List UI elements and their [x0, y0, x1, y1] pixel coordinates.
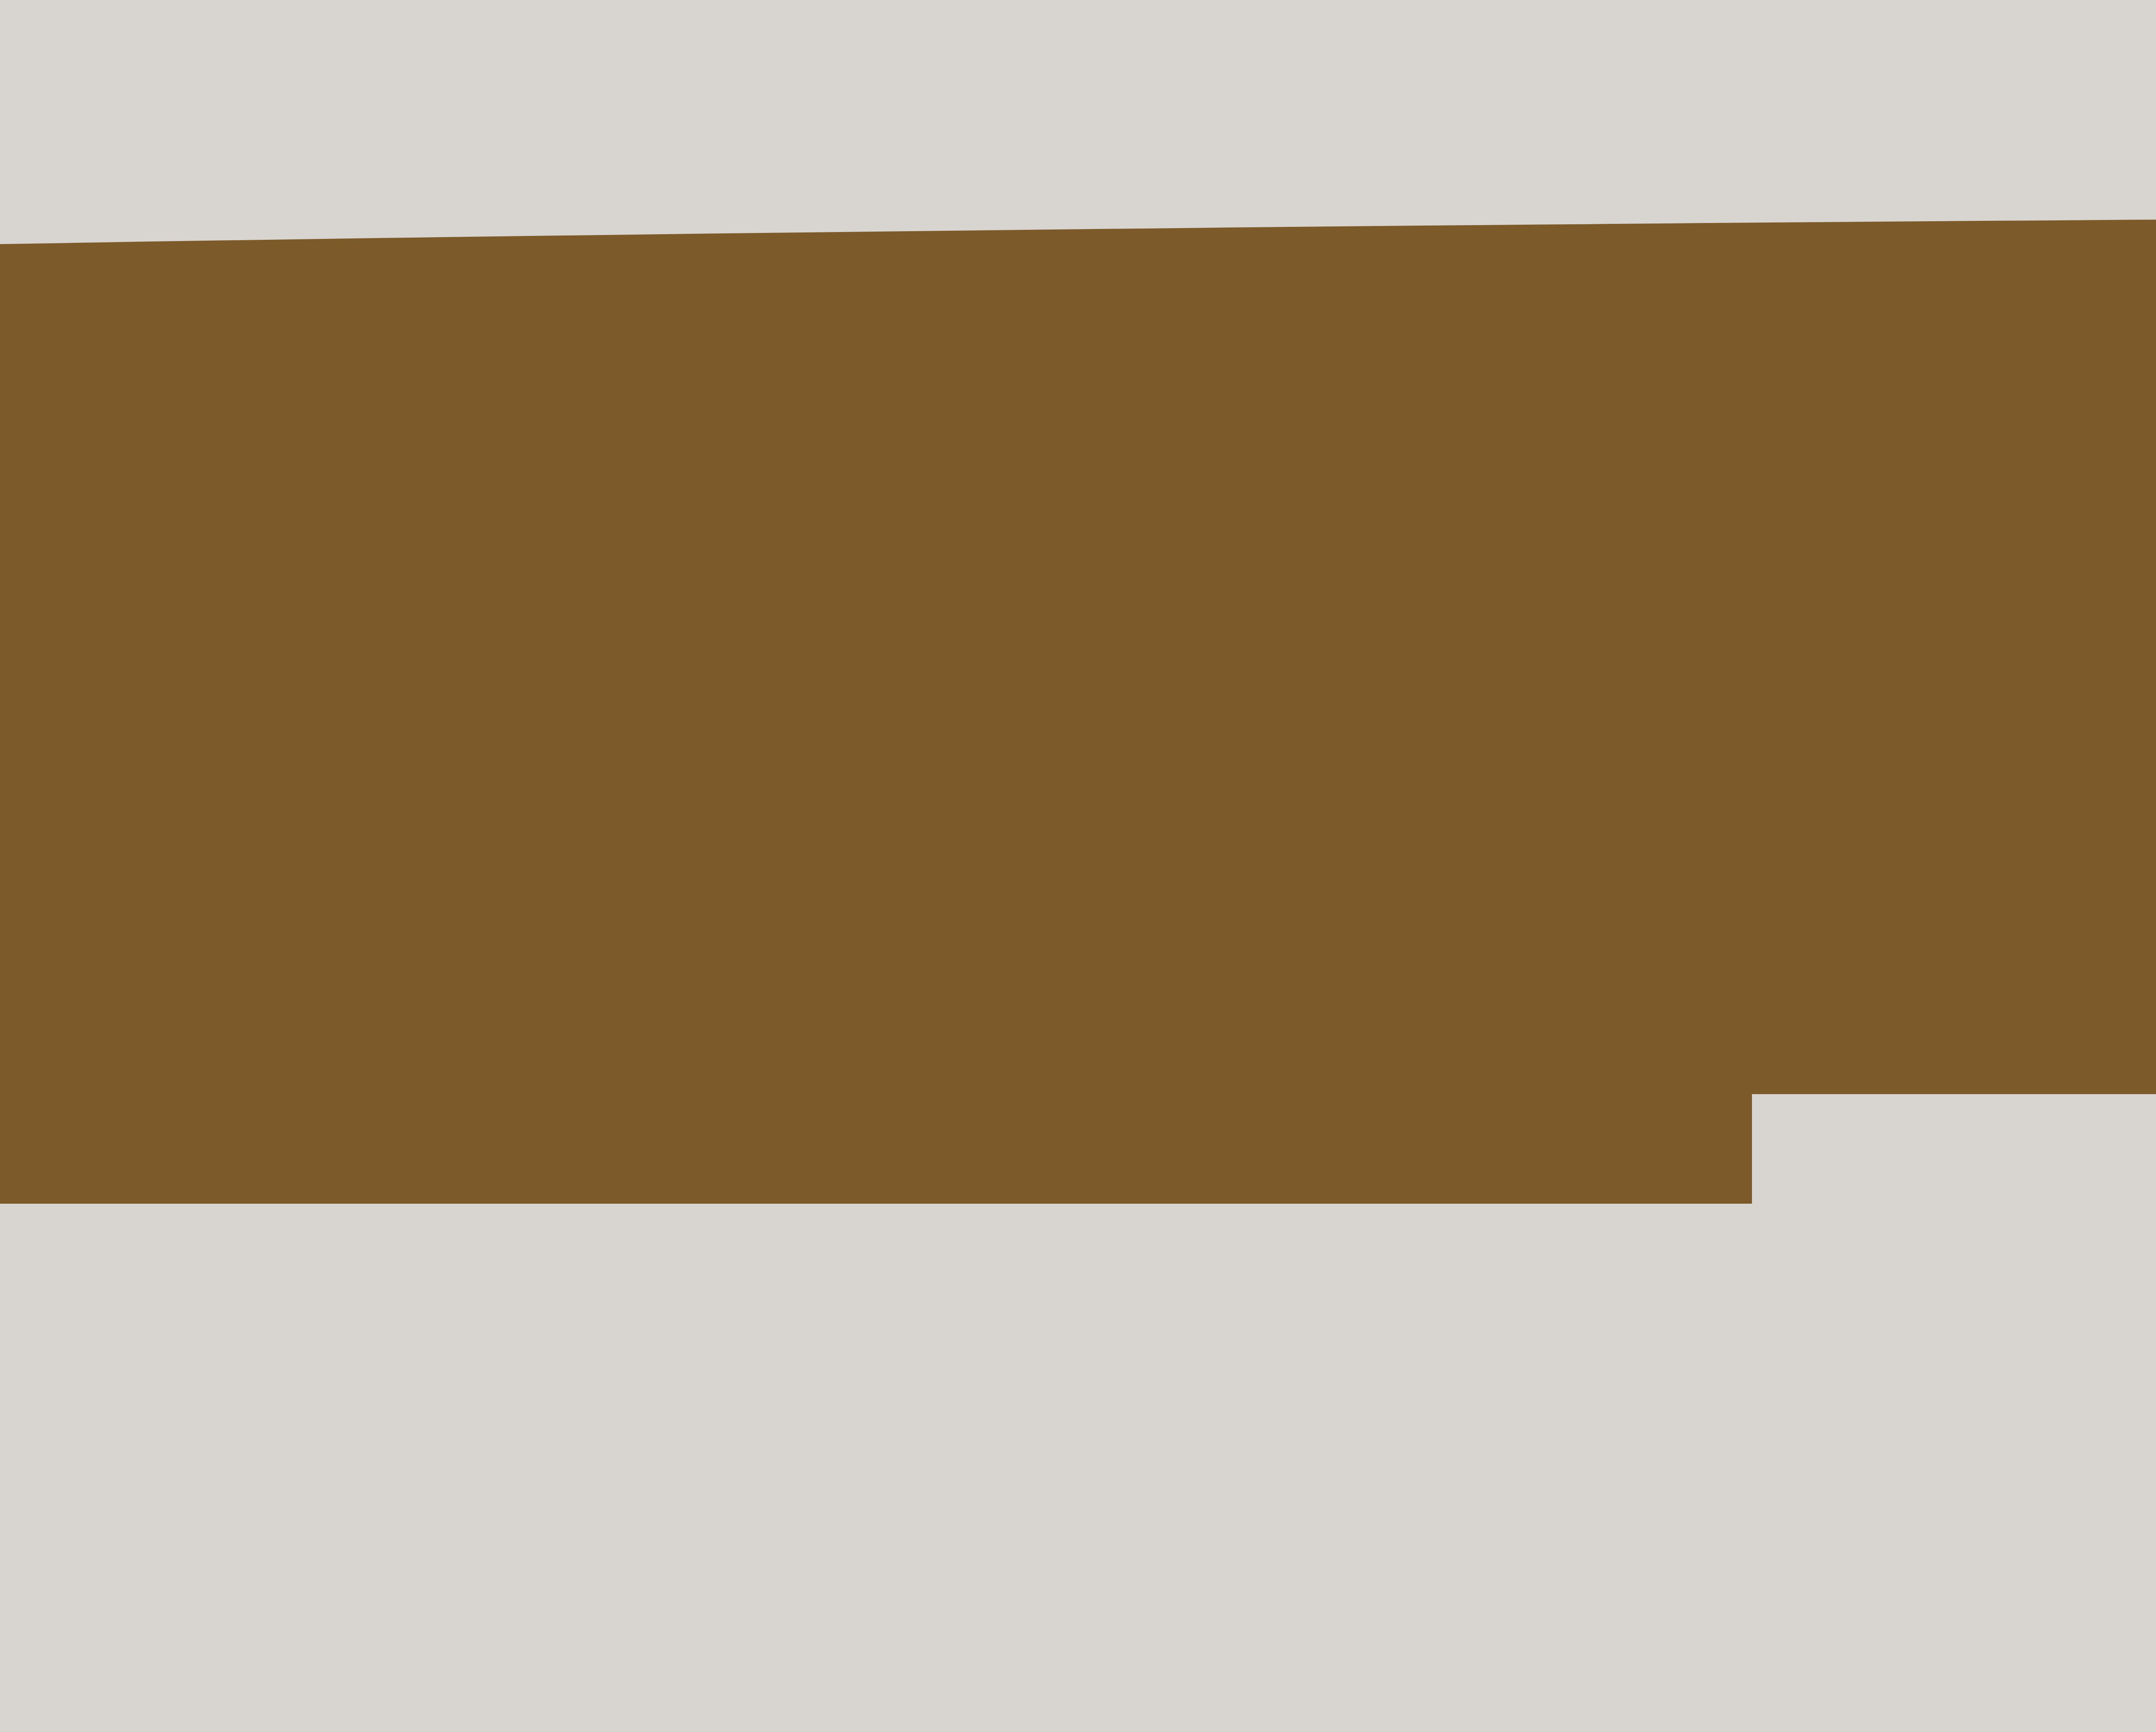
- lightbox-background: [0, 0, 2156, 1732]
- paper-grain-texture: [0, 194, 2156, 1531]
- manuscript-leaf: [0, 194, 2156, 1531]
- manuscript-photo: [0, 0, 2156, 1732]
